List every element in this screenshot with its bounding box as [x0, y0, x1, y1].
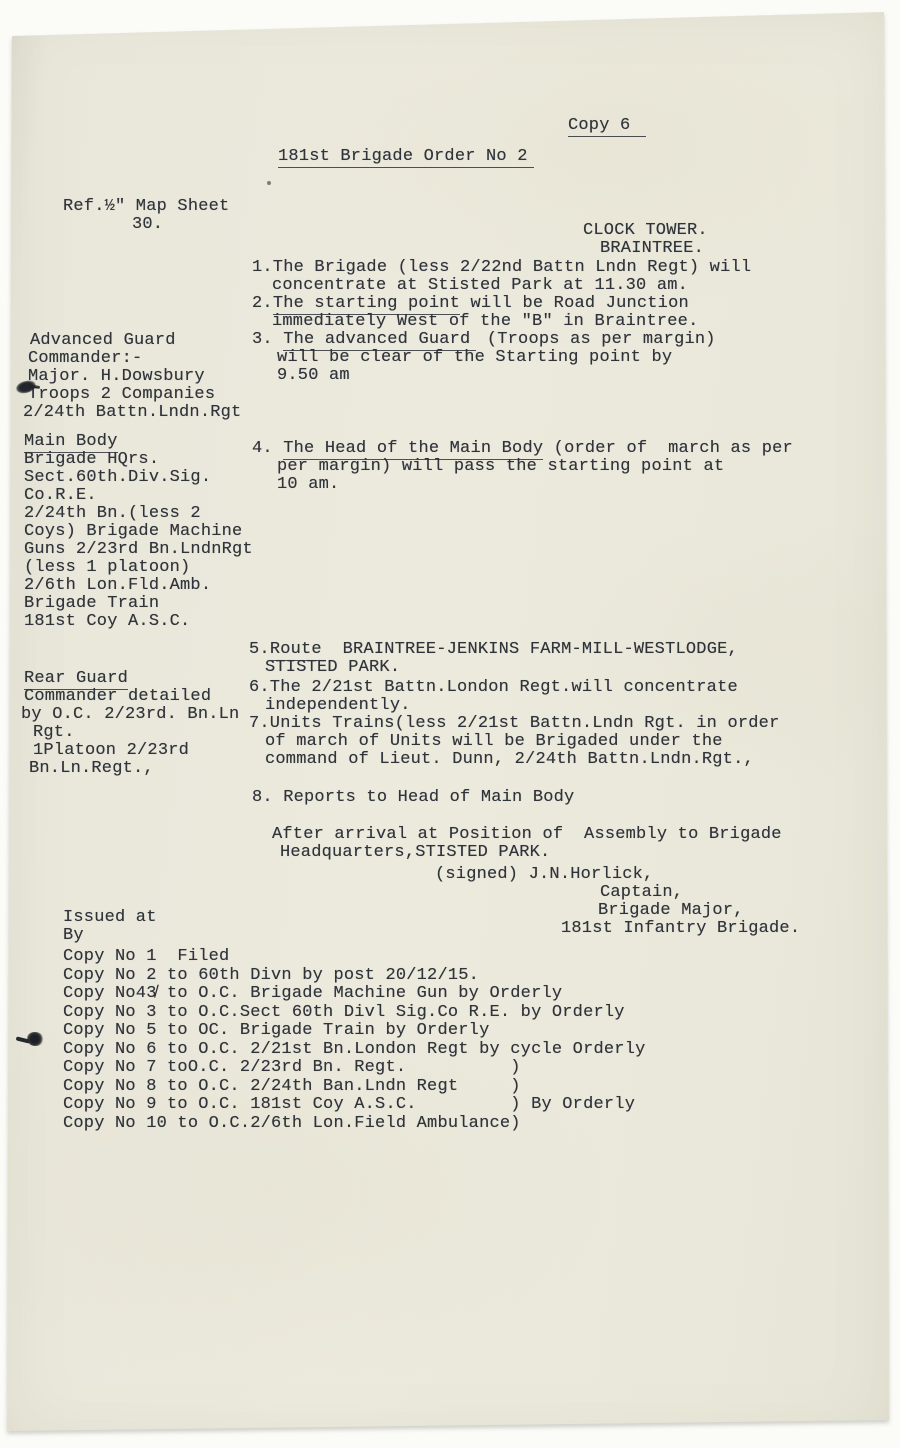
margin-advanced-guard-line-1: Advanced Guard	[30, 332, 176, 350]
copy-number: Copy 6	[568, 117, 646, 135]
item-2-rest: will be Road Junction	[460, 294, 689, 313]
scanned-document: { "colors": { "paper": "#eae8db", "ink":…	[0, 0, 900, 1448]
margin-advanced-guard-line-5: 2/24th Battn.Lndn.Rgt	[23, 404, 241, 422]
order-item-1-line-1: 1.The Brigade (less 2/22nd Battn Lndn Re…	[252, 259, 751, 277]
margin-rear-guard-heading: Rear Guard	[24, 670, 128, 688]
issue-location-line-1: CLOCK TOWER.	[583, 222, 708, 240]
distribution-copy-1: Copy No 1 Filed	[63, 948, 229, 966]
margin-main-body-line-9: Brigade Train	[24, 595, 159, 613]
margin-main-body-line-5: Coys) Brigade Machine	[24, 523, 242, 541]
margin-main-body-line-7: (less 1 platoon)	[24, 559, 190, 577]
margin-main-body-line-6: Guns 2/23rd Bn.LndnRgt	[24, 541, 253, 559]
signature-signed: (signed) J.N.Horlick,	[435, 866, 653, 884]
closing-paragraph-line-1: After arrival at Position of Assembly to…	[272, 826, 782, 844]
map-reference-line-1: Ref.½" Map Sheet	[63, 198, 229, 216]
margin-advanced-guard-line-4: Troops 2 Companies	[28, 386, 215, 404]
margin-rear-guard-line-5: Bn.Ln.Regt.,	[29, 760, 154, 778]
margin-main-body-line-1: Brigade HQrs.	[24, 451, 159, 469]
order-item-2-line-1: 2.The starting point will be Road Juncti…	[252, 295, 689, 313]
punch-hole-mark	[16, 1028, 50, 1052]
distribution-copy-9: Copy No 9 to O.C. 181st Coy A.S.C. ) By …	[63, 1096, 635, 1114]
distribution-copy-10: Copy No 10 to O.C.2/6th Lon.Field Ambula…	[63, 1115, 521, 1133]
order-item-8-line-1: 8. Reports to Head of Main Body	[252, 789, 574, 807]
item-3-rest: (Troops as per margin)	[476, 330, 715, 349]
item-5-number: 5.	[249, 640, 270, 659]
order-item-3-line-3: 9.50 am	[277, 367, 350, 385]
distribution-copy-2: Copy No 2 to 60th Divn by post 20/12/15.	[63, 967, 479, 985]
distribution-copy-4: Copy No 3 to O.C.Sect 60th Divl Sig.Co R…	[63, 1004, 625, 1022]
map-reference-line-2: 30.	[132, 216, 163, 234]
margin-advanced-guard-line-3: Major. H.Dowsbury	[28, 368, 205, 386]
distribution-copy-3: Copy No43̸ to O.C. Brigade Machine Gun b…	[63, 985, 562, 1003]
order-title: 181st Brigade Order No 2	[278, 148, 534, 166]
signature-role: Brigade Major,	[598, 902, 744, 920]
order-item-6-line-1: 6.The 2/21st Battn.London Regt.will conc…	[249, 679, 738, 697]
item-4-number: 4.	[252, 439, 283, 458]
margin-main-body-line-4: 2/24th Bn.(less 2	[24, 505, 201, 523]
order-item-6-line-2: independently.	[265, 697, 411, 715]
order-item-7-line-3: command of Lieut. Dunn, 2/24th Battn.Lnd…	[265, 751, 754, 769]
issued-at-label: Issued at	[63, 909, 157, 927]
order-item-3-line-1: 3. The advanced Guard (Troops as per mar…	[252, 331, 716, 349]
order-title-text: 181st Brigade Order No 2	[278, 147, 534, 168]
order-item-4-line-2: per margin) will pass the starting point…	[277, 458, 724, 476]
distribution-copy-5: Copy No 5 to OC. Brigade Train by Orderl…	[63, 1022, 489, 1040]
order-item-5-line-2: STISTED PARK.	[265, 659, 400, 677]
stray-ink-dot	[267, 181, 271, 185]
distribution-copy-8: Copy No 8 to O.C. 2/24th Ban.Lndn Regt )	[63, 1078, 521, 1096]
margin-main-body-line-3: Co.R.E.	[24, 487, 97, 505]
item-3-number: 3.	[252, 330, 283, 349]
margin-advanced-guard-line-2: Commander:-	[28, 350, 142, 368]
margin-main-body-line-2: Sect.60th.Div.Sig.	[24, 469, 211, 487]
margin-rear-guard-line-1: Commander detailed	[24, 688, 211, 706]
order-item-7-line-2: of march of Units will be Brigaded under…	[265, 733, 723, 751]
distribution-copy-6: Copy No 6 to O.C. 2/21st Bn.London Regt …	[63, 1041, 646, 1059]
order-item-3-line-2: will be clear of the Starting point by	[277, 349, 672, 367]
margin-rear-guard-line-3: Rgt.	[33, 724, 75, 742]
item-4-rest: (order of march as per	[543, 439, 793, 458]
issue-location-line-2: BRAINTREE.	[600, 240, 704, 258]
order-item-2-line-2: immediately West of the "B" in Braintree…	[272, 313, 698, 331]
item-5-rest: BRAINTREE-JENKINS FARM-MILL-WESTLODGE,	[322, 640, 738, 659]
distribution-copy-7: Copy No 7 toO.C. 2/23rd Bn. Regt. )	[63, 1059, 521, 1077]
copy-number-text: Copy 6	[568, 116, 646, 137]
signature-rank: Captain,	[600, 884, 683, 902]
document-content: Copy 6 181st Brigade Order No 2 Ref.½" M…	[0, 0, 900, 1448]
margin-main-body-heading: Main Body	[24, 433, 118, 451]
order-item-4-line-3: 10 am.	[277, 476, 339, 494]
item-2-number: 2.	[252, 294, 273, 313]
signature-unit: 181st Infantry Brigade.	[561, 920, 800, 938]
margin-rear-guard-line-2: by O.C. 2/23rd. Bn.Ln	[21, 706, 239, 724]
order-item-5-line-1: 5.Route BRAINTREE-JENKINS FARM-MILL-WEST…	[249, 641, 738, 659]
closing-paragraph-line-2: Headquarters,STISTED PARK.	[280, 844, 550, 862]
margin-rear-guard-line-4: 1Platoon 2/23rd	[33, 742, 189, 760]
margin-main-body-line-8: 2/6th Lon.Fld.Amb.	[24, 577, 211, 595]
margin-main-body-line-10: 181st Coy A.S.C.	[24, 613, 190, 631]
order-item-7-line-1: 7.Units Trains(less 2/21st Battn.Lndn Rg…	[249, 715, 780, 733]
issued-by-label: By	[63, 927, 84, 945]
order-item-1-line-2: concentrate at Stisted Park at 11.30 am.	[272, 277, 688, 295]
order-item-4-line-1: 4. The Head of the Main Body (order of m…	[252, 440, 793, 458]
